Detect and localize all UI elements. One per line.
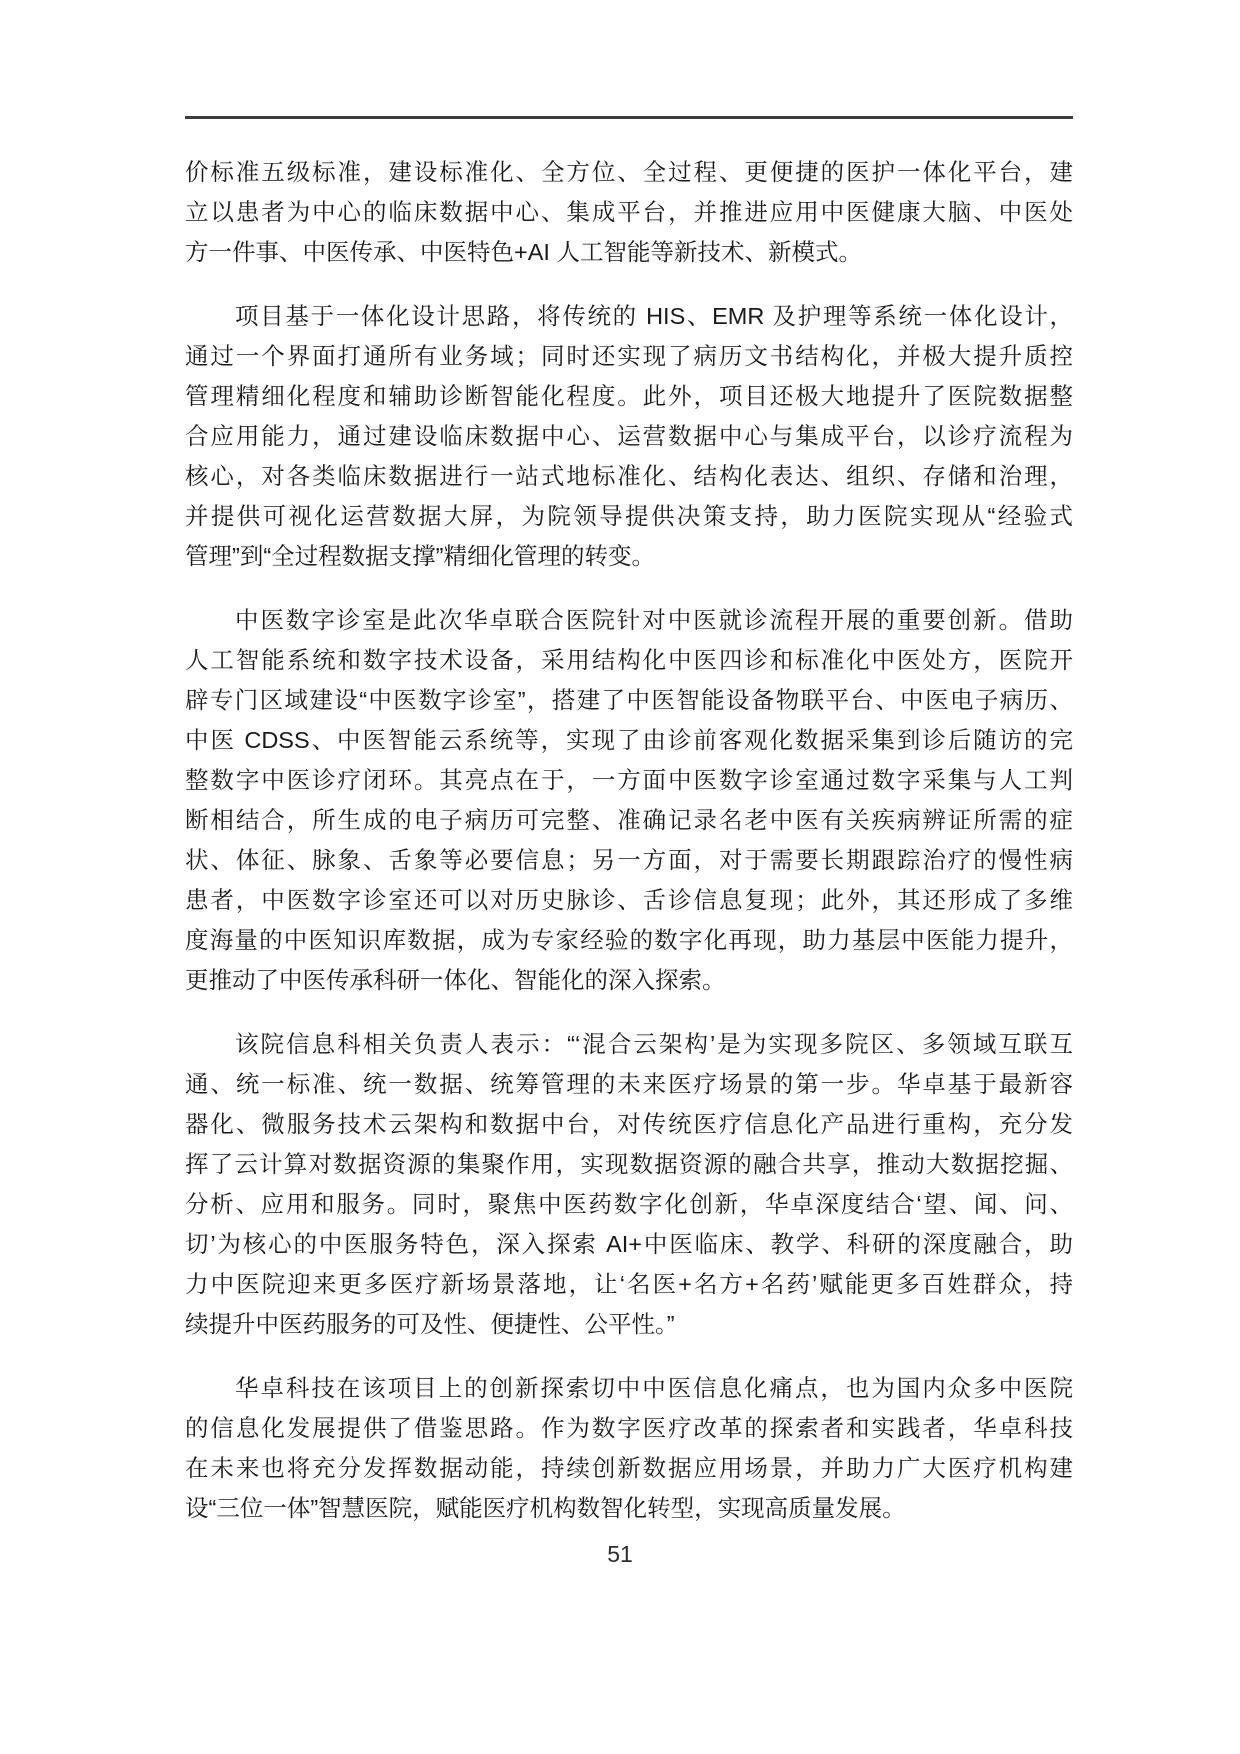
- text-line: 管理精细化程度和辅助诊断智能化程度。此外，项目还极大地提升了医院数据整: [185, 376, 1073, 416]
- text-line: 合应用能力，通过建设临床数据中心、运营数据中心与集成平台，以诊疗流程为: [185, 416, 1073, 456]
- paragraph: 价标准五级标准，建设标准化、全方位、全过程、更便捷的医护一体化平台，建立以患者为…: [185, 152, 1073, 272]
- text-line: 人工智能系统和数字技术设备，采用结构化中医四诊和标准化中医处方，医院开: [185, 640, 1073, 680]
- text-line: 中医数字诊室是此次华卓联合医院针对中医就诊流程开展的重要创新。借助: [185, 600, 1073, 640]
- text-line: 患者，中医数字诊室还可以对历史脉诊、舌诊信息复现；此外，其还形成了多维: [185, 880, 1073, 920]
- text-line: 分析、应用和服务。同时，聚焦中医药数字化创新，华卓深度结合‘望、闻、问、: [185, 1184, 1073, 1224]
- text-line: 断相结合，所生成的电子病历可完整、准确记录名老中医有关疾病辨证所需的症: [185, 800, 1073, 840]
- text-line: 立以患者为中心的临床数据中心、集成平台，并推进应用中医健康大脑、中医处: [185, 192, 1073, 232]
- paragraph: 项目基于一体化设计思路，将传统的 HIS、EMR 及护理等系统一体化设计，通过一…: [185, 296, 1073, 576]
- text-line: 切’为核心的中医服务特色，深入探索 AI+中医临床、教学、科研的深度融合，助: [185, 1224, 1073, 1264]
- text-line: 并提供可视化运营数据大屏，为院领导提供决策支持，助力医院实现从“经验式: [185, 496, 1073, 536]
- page-number: 51: [0, 1540, 1240, 1568]
- text-line: 状、体征、脉象、舌象等必要信息；另一方面，对于需要长期跟踪治疗的慢性病: [185, 840, 1073, 880]
- text-line: 的信息化发展提供了借鉴思路。作为数字医疗改革的探索者和实践者，华卓科技: [185, 1408, 1073, 1448]
- text-line: 挥了云计算对数据资源的集聚作用，实现数据资源的融合共享，推动大数据挖掘、: [185, 1144, 1073, 1184]
- text-line: 在未来也将充分发挥数据动能，持续创新数据应用场景，并助力广大医疗机构建: [185, 1448, 1073, 1488]
- text-line: 整数字中医诊疗闭环。其亮点在于，一方面中医数字诊室通过数字采集与人工判: [185, 760, 1073, 800]
- header-rule: [185, 116, 1073, 119]
- text-line: 通、统一标准、统一数据、统筹管理的未来医疗场景的第一步。华卓基于最新容: [185, 1064, 1073, 1104]
- text-line: 器化、微服务技术云架构和数据中台，对传统医疗信息化产品进行重构，充分发: [185, 1104, 1073, 1144]
- text-line: 该院信息科相关负责人表示：“‘混合云架构’是为实现多院区、多领域互联互: [185, 1024, 1073, 1064]
- text-line: 管理”到“全过程数据支撑”精细化管理的转变。: [185, 536, 1073, 576]
- paragraph: 华卓科技在该项目上的创新探索切中中医信息化痛点，也为国内众多中医院的信息化发展提…: [185, 1368, 1073, 1528]
- text-line: 度海量的中医知识库数据，成为专家经验的数字化再现，助力基层中医能力提升，: [185, 920, 1073, 960]
- paragraph: 中医数字诊室是此次华卓联合医院针对中医就诊流程开展的重要创新。借助人工智能系统和…: [185, 600, 1073, 1000]
- text-line: 方一件事、中医传承、中医特色+AI 人工智能等新技术、新模式。: [185, 232, 1073, 272]
- document-page: 价标准五级标准，建设标准化、全方位、全过程、更便捷的医护一体化平台，建立以患者为…: [0, 0, 1240, 1754]
- paragraph: 该院信息科相关负责人表示：“‘混合云架构’是为实现多院区、多领域互联互通、统一标…: [185, 1024, 1073, 1344]
- text-line: 华卓科技在该项目上的创新探索切中中医信息化痛点，也为国内众多中医院: [185, 1368, 1073, 1408]
- text-line: 通过一个界面打通所有业务域；同时还实现了病历文书结构化，并极大提升质控: [185, 336, 1073, 376]
- text-line: 续提升中医药服务的可及性、便捷性、公平性。”: [185, 1304, 1073, 1344]
- text-line: 辟专门区域建设“中医数字诊室”，搭建了中医智能设备物联平台、中医电子病历、: [185, 680, 1073, 720]
- text-line: 项目基于一体化设计思路，将传统的 HIS、EMR 及护理等系统一体化设计，: [185, 296, 1073, 336]
- text-line: 设“三位一体”智慧医院，赋能医疗机构数智化转型，实现高质量发展。: [185, 1488, 1073, 1528]
- text-line: 中医 CDSS、中医智能云系统等，实现了由诊前客观化数据采集到诊后随访的完: [185, 720, 1073, 760]
- text-line: 力中医院迎来更多医疗新场景落地，让‘名医+名方+名药’赋能更多百姓群众，持: [185, 1264, 1073, 1304]
- document-body: 价标准五级标准，建设标准化、全方位、全过程、更便捷的医护一体化平台，建立以患者为…: [185, 152, 1073, 1528]
- text-line: 价标准五级标准，建设标准化、全方位、全过程、更便捷的医护一体化平台，建: [185, 152, 1073, 192]
- text-line: 核心，对各类临床数据进行一站式地标准化、结构化表达、组织、存储和治理，: [185, 456, 1073, 496]
- text-line: 更推动了中医传承科研一体化、智能化的深入探索。: [185, 960, 1073, 1000]
